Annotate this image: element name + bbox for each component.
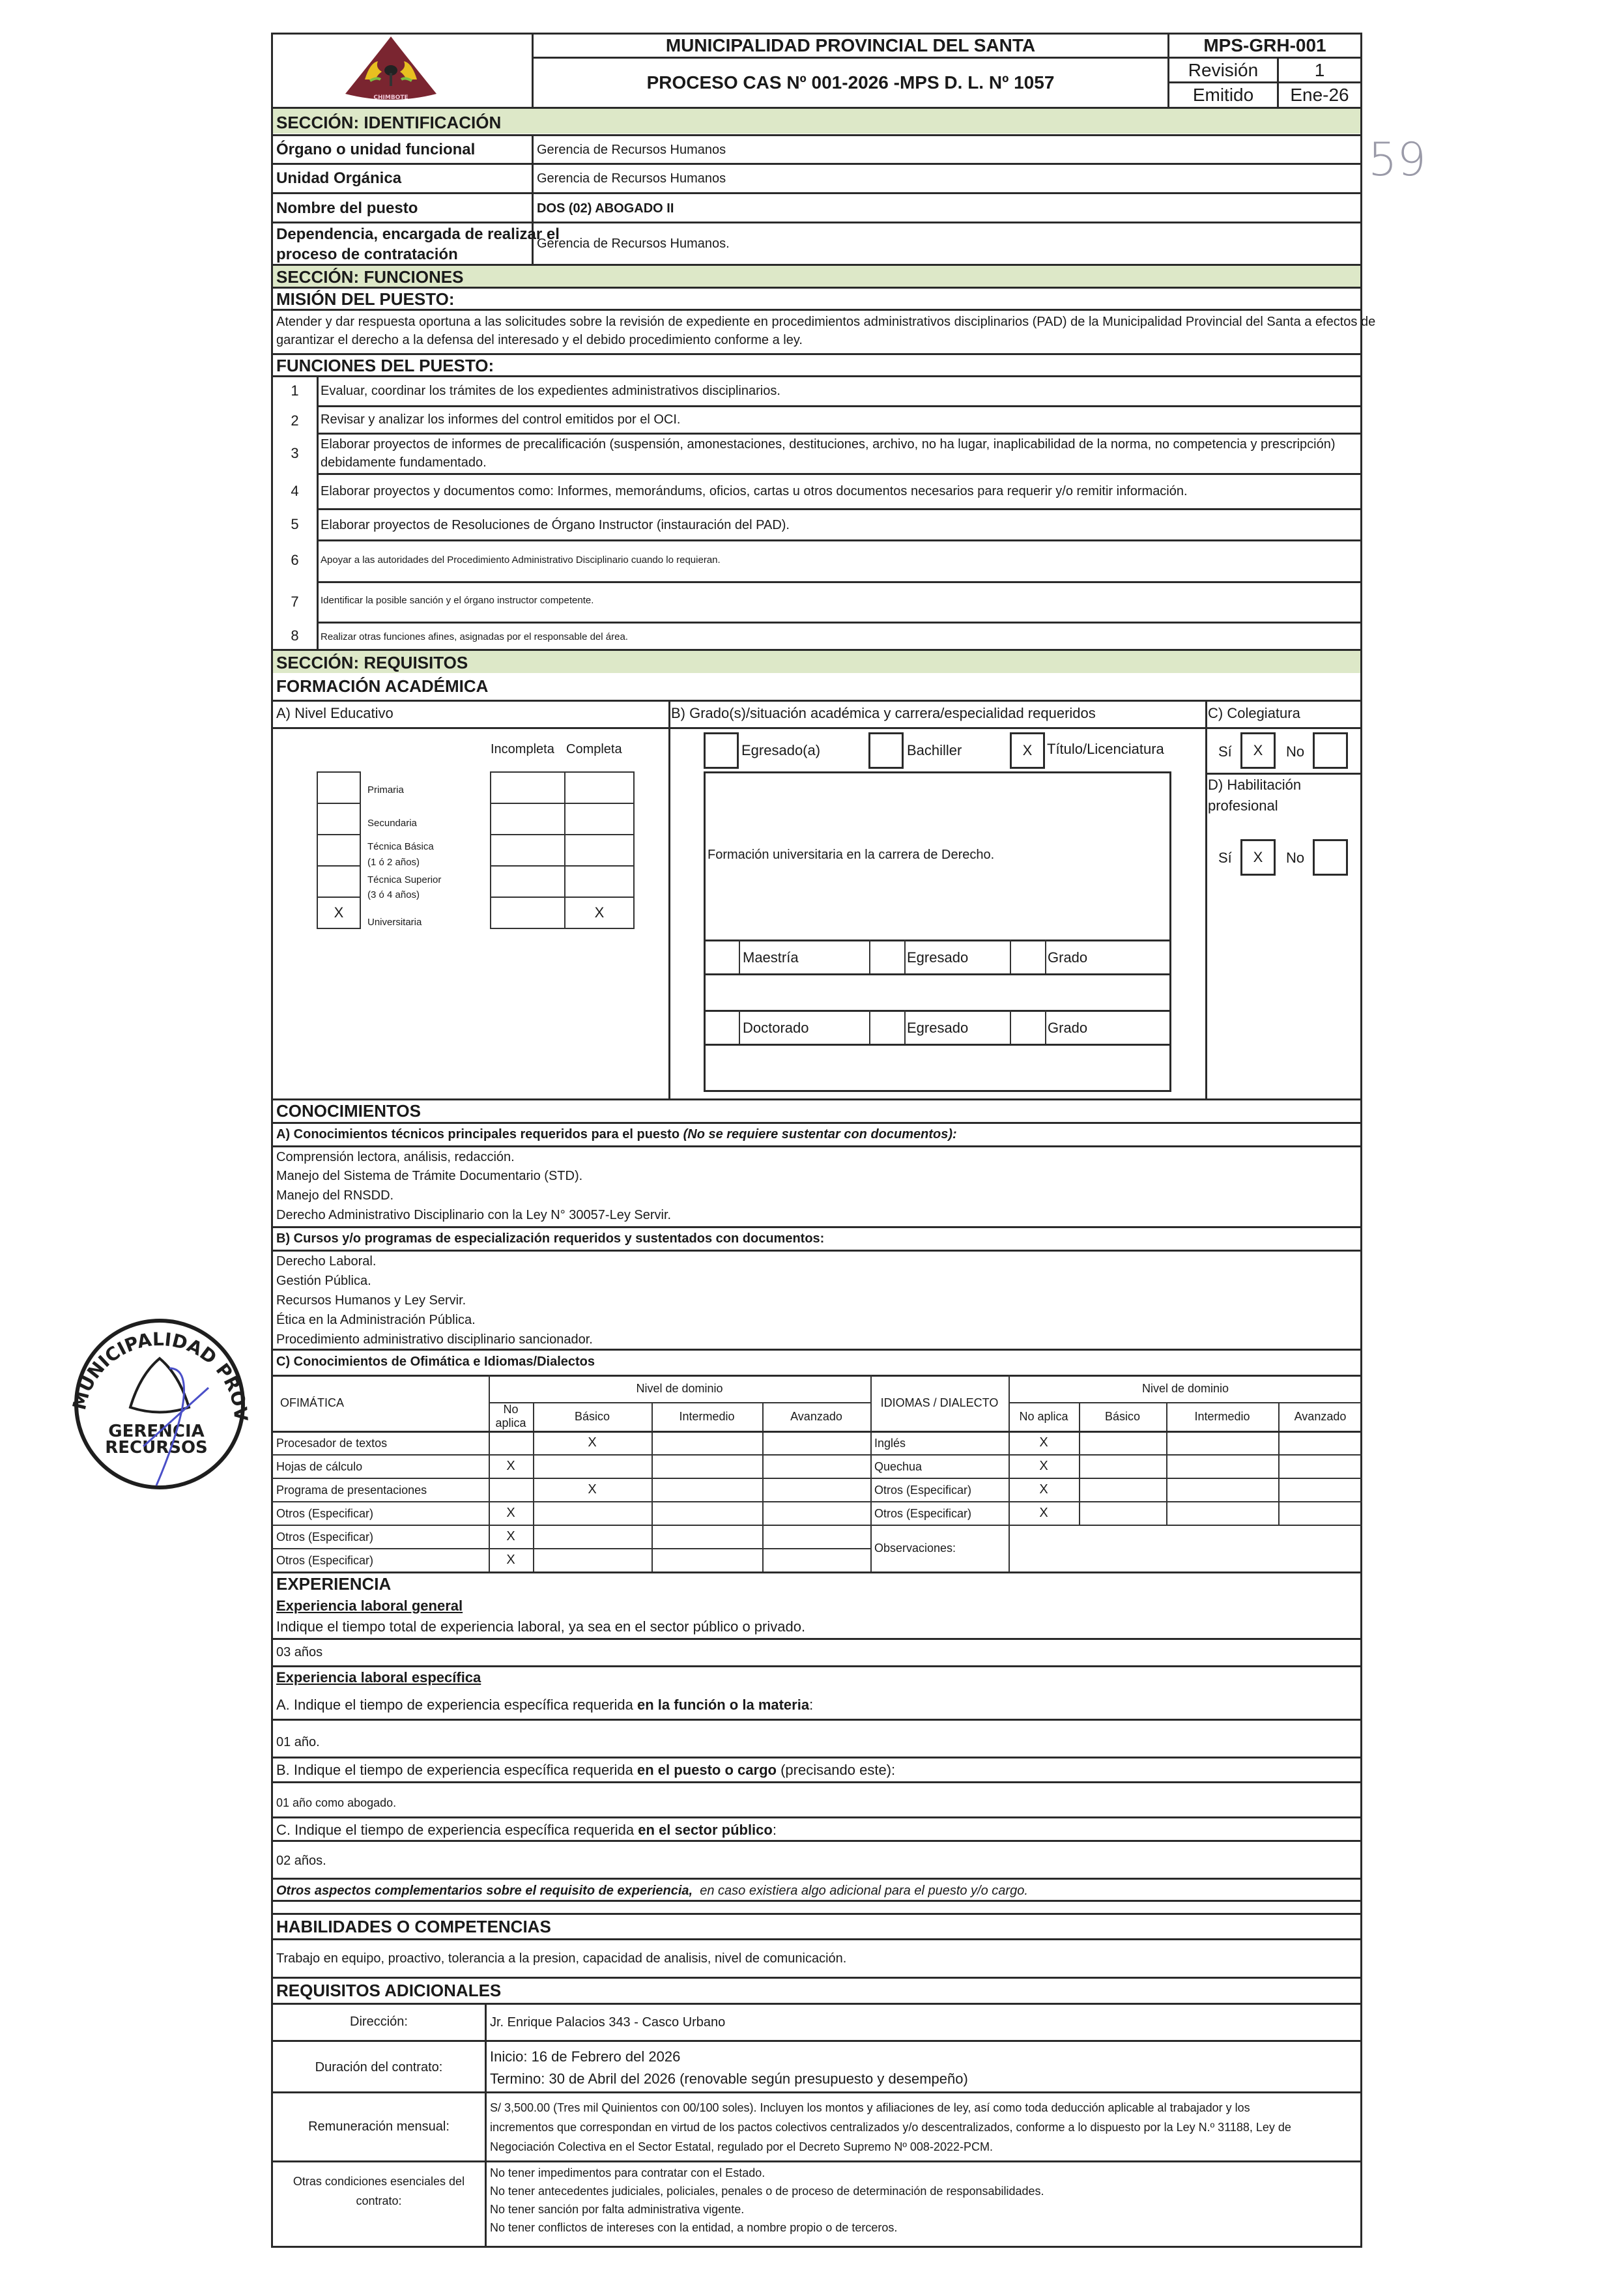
col-incompleta: Incompleta — [491, 743, 554, 756]
idioma-mark-cell[interactable] — [1166, 1431, 1278, 1454]
habilitacion-title-line2: profesional — [1208, 799, 1278, 813]
observaciones-value[interactable] — [1009, 1525, 1362, 1571]
ofimatica-row-label: Otros (Especificar) — [276, 1508, 373, 1519]
section-title-requisitos: SECCIÓN: REQUISITOS — [276, 654, 468, 671]
label-doctorado: Doctorado — [743, 1021, 809, 1035]
mision-title: MISIÓN DEL PUESTO: — [276, 291, 455, 308]
ofimatica-row-label: Procesador de textos — [276, 1437, 387, 1449]
label-titulo: Título/Licenciatura — [1047, 742, 1164, 756]
ofimatica-mark-cell[interactable] — [533, 1525, 651, 1548]
checkbox-titulo[interactable]: X — [1010, 732, 1045, 769]
issued-label: Emitido — [1169, 83, 1277, 107]
cell-universitaria-completa[interactable]: X — [564, 897, 635, 929]
habilidades-title: HABILIDADES O COMPETENCIAS — [276, 1918, 551, 1935]
checkbox-doctorado-egresado[interactable] — [870, 1011, 904, 1044]
ofimatica-row-label: Programa de presentaciones — [276, 1484, 427, 1496]
idioma-row-label: Inglés — [874, 1437, 906, 1449]
ofimatica-mark-cell[interactable] — [533, 1454, 651, 1478]
ofimatica-mark-cell[interactable] — [651, 1548, 762, 1571]
condicion-item: No tener impedimentos para contratar con… — [490, 2167, 765, 2179]
ofimatica-row-label: Hojas de cálculo — [276, 1461, 362, 1472]
conocimiento-item: Manejo del Sistema de Trámite Documentar… — [276, 1170, 582, 1183]
ofimatica-mark-cell[interactable] — [533, 1548, 651, 1571]
idiomas-header: IDIOMAS / DIALECTO — [870, 1375, 1009, 1431]
idioma-row-label: Otros (Especificar) — [874, 1484, 971, 1496]
funcion-number: 7 — [273, 582, 317, 622]
ofimatica-header: OFIMÁTICA — [271, 1375, 410, 1431]
checkbox-primaria[interactable] — [317, 771, 361, 804]
colegiatura-si-label: Sí — [1218, 745, 1232, 759]
experiencia-c-question: C. Indique el tiempo de experiencia espe… — [276, 1823, 777, 1837]
conocimientos-c-title: C) Conocimientos de Ofimática e Idiomas/… — [276, 1355, 595, 1368]
ofimatica-mark-cell[interactable] — [762, 1478, 870, 1501]
label-organo: Órgano o unidad funcional — [276, 142, 475, 158]
grado-title: B) Grado(s)/situación académica y carrer… — [671, 706, 1096, 721]
label-bachiller: Bachiller — [907, 743, 962, 758]
funcion-text: Elaborar proyectos y documentos como: In… — [321, 485, 1188, 498]
duracion-termino: Termino: 30 de Abril del 2026 (renovable… — [490, 2072, 968, 2086]
curso-item: Recursos Humanos y Ley Servir. — [276, 1294, 466, 1307]
label-egresado: Egresado(a) — [741, 743, 820, 758]
section-title-funciones: SECCIÓN: FUNCIONES — [276, 268, 463, 285]
funcion-number: 6 — [273, 541, 317, 580]
label-doctorado-grado: Grado — [1048, 1021, 1087, 1035]
label-doctorado-egresado: Egresado — [907, 1021, 968, 1035]
idioma-mark-cell[interactable] — [1166, 1501, 1278, 1525]
funcion-number: 5 — [273, 509, 317, 539]
funcion-text: Revisar y analizar los informes del cont… — [321, 413, 680, 426]
checkbox-colegiatura-si[interactable]: X — [1240, 732, 1276, 769]
idioma-mark-cell[interactable] — [1278, 1431, 1362, 1454]
experiencia-general-value[interactable]: 03 años — [276, 1646, 322, 1659]
label-dependencia-line1: Dependencia, encargada de realizar el — [276, 227, 560, 242]
checkbox-maestria[interactable] — [706, 941, 739, 973]
official-seal-icon: MUNICIPALIDAD PROVINCIAL DEL SANTA GEREN… — [59, 1297, 254, 1492]
funcion-number: 3 — [273, 434, 317, 473]
idioma-mark-cell[interactable] — [1079, 1431, 1166, 1454]
ofimatica-mark-cell[interactable] — [651, 1478, 762, 1501]
ofimatica-col-header: Básico — [533, 1402, 651, 1431]
checkbox-tecnica-superior[interactable] — [317, 865, 361, 898]
curso-item: Derecho Laboral. — [276, 1255, 376, 1268]
value-organo: Gerencia de Recursos Humanos — [537, 143, 726, 156]
municipality-logo: CHIMBOTE — [339, 34, 443, 106]
label-primaria: Primaria — [367, 785, 404, 795]
adicionales-title: REQUISITOS ADICIONALES — [276, 1982, 501, 1999]
svg-text:CHIMBOTE: CHIMBOTE — [373, 94, 408, 101]
checkbox-egresado[interactable] — [704, 732, 739, 769]
chimbote-crest-icon: CHIMBOTE — [339, 34, 443, 106]
handwritten-page-number: 59 — [1368, 137, 1426, 182]
funcion-number: 8 — [273, 623, 317, 649]
experiencia-a-question: A. Indique el tiempo de experiencia espe… — [276, 1698, 813, 1712]
conocimiento-item: Manejo del RNSDD. — [276, 1189, 394, 1202]
ofimatica-col-header: No aplica — [489, 1402, 533, 1431]
condicion-item: No tener conflictos de intereses con la … — [490, 2222, 897, 2233]
experiencia-general-question: Indique el tiempo total de experiencia l… — [276, 1620, 805, 1634]
experiencia-especifica-title: Experiencia laboral específica — [276, 1671, 481, 1685]
direccion-value: Jr. Enrique Palacios 343 - Casco Urbano — [490, 2016, 725, 2029]
idiomas-col-header: Avanzado — [1278, 1402, 1362, 1431]
curso-item: Procedimiento administrativo disciplinar… — [276, 1333, 593, 1346]
habilidades-value[interactable]: Trabajo en equipo, proactivo, tolerancia… — [276, 1952, 846, 1965]
cell-tecnica-basica-completa[interactable] — [564, 834, 635, 867]
remuneracion-line3: Negociación Colectiva en el Sector Estat… — [490, 2141, 993, 2153]
checkbox-doctorado[interactable] — [706, 1011, 739, 1044]
checkbox-habilitacion-si[interactable]: X — [1240, 839, 1276, 876]
ofimatica-mark-cell[interactable]: X — [533, 1478, 651, 1501]
remuneracion-label: Remuneración mensual: — [273, 2093, 485, 2160]
label-tecnica-basica: Técnica Básica — [367, 842, 434, 852]
idiomas-col-header: Intermedio — [1166, 1402, 1278, 1431]
remuneracion-line1: S/ 3,500.00 (Tres mil Quinientos con 00/… — [490, 2102, 1250, 2114]
ofimatica-mark-cell[interactable] — [533, 1501, 651, 1525]
ofimatica-mark-cell[interactable]: X — [489, 1454, 533, 1478]
formacion-title: FORMACIÓN ACADÉMICA — [276, 678, 488, 695]
funcion-number: 2 — [273, 407, 317, 435]
condicion-item: No tener sanción por falta administrativ… — [490, 2203, 744, 2215]
label-tecnica-superior-years: (3 ó 4 años) — [367, 890, 420, 900]
ofimatica-row-label: Otros (Especificar) — [276, 1531, 373, 1543]
idioma-mark-cell[interactable] — [1278, 1478, 1362, 1501]
funcion-text: Elaborar proyectos de informes de precal… — [321, 438, 1336, 451]
cell-primaria-incompleta[interactable] — [490, 771, 565, 804]
funcion-text-cont: debidamente fundamentado. — [321, 456, 487, 469]
gerencia-rrhh-stamp: MUNICIPALIDAD PROVINCIAL DEL SANTA GEREN… — [59, 1297, 254, 1492]
frame-right — [1360, 33, 1362, 2248]
curso-item: Gestión Pública. — [276, 1274, 371, 1287]
habilitacion-title-line1: D) Habilitación — [1208, 778, 1301, 792]
conocimiento-item: Derecho Administrativo Disciplinario con… — [276, 1209, 671, 1222]
checkbox-bachiller[interactable] — [868, 732, 904, 769]
otras-condiciones-label-line1: Otras condiciones esenciales del — [273, 2174, 485, 2189]
value-unidad-organica: Gerencia de Recursos Humanos — [537, 172, 726, 185]
checkbox-secundaria[interactable] — [317, 803, 361, 835]
conocimientos-b-title: B) Cursos y/o programas de especializaci… — [276, 1232, 824, 1245]
cell-secundaria-incompleta[interactable] — [490, 803, 565, 835]
idiomas-nivel-header: Nivel de dominio — [1009, 1375, 1362, 1402]
ofimatica-mark-cell[interactable] — [762, 1525, 870, 1548]
idioma-mark-cell[interactable] — [1166, 1454, 1278, 1478]
cell-tecnica-basica-incompleta[interactable] — [490, 834, 565, 867]
experiencia-b-question: B. Indique el tiempo de experiencia espe… — [276, 1763, 895, 1777]
label-tecnica-basica-years: (1 ó 2 años) — [367, 857, 420, 867]
idiomas-col-header: Básico — [1079, 1402, 1166, 1431]
label-maestria: Maestría — [743, 951, 799, 965]
cell-tecnica-superior-completa[interactable] — [564, 865, 635, 898]
col-completa: Completa — [566, 743, 622, 756]
ofimatica-mark-cell[interactable] — [762, 1548, 870, 1571]
cell-secundaria-completa[interactable] — [564, 803, 635, 835]
idioma-mark-cell[interactable] — [1166, 1478, 1278, 1501]
funcion-text: Apoyar a las autoridades del Procedimien… — [321, 555, 721, 565]
curso-item: Ética en la Administración Pública. — [276, 1313, 476, 1327]
ofimatica-mark-cell[interactable] — [762, 1431, 870, 1454]
ofimatica-mark-cell[interactable] — [651, 1431, 762, 1454]
direccion-label: Dirección: — [273, 2005, 485, 2039]
checkbox-colegiatura-no[interactable] — [1313, 732, 1348, 769]
value-dependencia: Gerencia de Recursos Humanos. — [537, 237, 730, 250]
idioma-mark-cell[interactable]: X — [1009, 1501, 1079, 1525]
org-name: MUNICIPALIDAD PROVINCIAL DEL SANTA — [534, 34, 1167, 57]
idioma-mark-cell[interactable] — [1079, 1454, 1166, 1478]
nivel-educativo-title: A) Nivel Educativo — [276, 706, 394, 721]
idioma-mark-cell[interactable] — [1278, 1501, 1362, 1525]
label-dependencia-line2: proceso de contratación — [276, 247, 458, 263]
idioma-row-label: Quechua — [874, 1461, 922, 1472]
duracion-inicio: Inicio: 16 de Febrero del 2026 — [490, 2050, 680, 2064]
ofimatica-nivel-header: Nivel de dominio — [489, 1375, 870, 1402]
experiencia-a-value[interactable]: 01 año. — [276, 1736, 320, 1749]
conocimientos-title: CONOCIMIENTOS — [276, 1102, 421, 1119]
ofimatica-mark-cell[interactable] — [762, 1501, 870, 1525]
mision-text-line1: Atender y dar respuesta oportuna a las s… — [276, 315, 1375, 328]
remuneracion-line2: incrementos que correspondan en virtud d… — [490, 2121, 1291, 2133]
mision-text-line2: garantizar el derecho a la defensa del i… — [276, 334, 803, 347]
ofimatica-mark-cell[interactable] — [651, 1454, 762, 1478]
cell-primaria-completa[interactable] — [564, 771, 635, 804]
habilitacion-no-label: No — [1286, 851, 1304, 865]
label-nombre-puesto: Nombre del puesto — [276, 201, 418, 216]
ofimatica-mark-cell[interactable]: X — [489, 1525, 533, 1548]
idiomas-col-header: No aplica — [1009, 1402, 1079, 1431]
colegiatura-no-label: No — [1286, 745, 1304, 759]
checkbox-maestria-grado[interactable] — [1011, 941, 1045, 973]
funciones-title: FUNCIONES DEL PUESTO: — [276, 357, 494, 374]
label-secundaria: Secundaria — [367, 818, 417, 828]
idioma-mark-cell[interactable]: X — [1009, 1454, 1079, 1478]
observaciones-label: Observaciones: — [870, 1525, 1012, 1571]
experiencia-otros-label: Otros aspectos complementarios sobre el … — [276, 1884, 1028, 1897]
ofimatica-row-label: Otros (Especificar) — [276, 1555, 373, 1566]
idioma-mark-cell[interactable] — [1079, 1501, 1166, 1525]
label-maestria-grado: Grado — [1048, 951, 1087, 965]
idioma-mark-cell[interactable]: X — [1009, 1478, 1079, 1501]
ofimatica-mark-cell[interactable] — [489, 1431, 533, 1454]
experiencia-c-value[interactable]: 02 años. — [276, 1854, 326, 1867]
colegiatura-title: C) Colegiatura — [1208, 706, 1300, 721]
process-title: PROCESO CAS Nº 001-2026 -MPS D. L. Nº 10… — [534, 59, 1167, 107]
ofimatica-mark-cell[interactable]: X — [489, 1501, 533, 1525]
checkbox-universitaria[interactable]: X — [317, 897, 361, 929]
idioma-mark-cell[interactable] — [1278, 1454, 1362, 1478]
carrera-text[interactable]: Formación universitaria en la carrera de… — [708, 848, 994, 861]
section-title-identificacion: SECCIÓN: IDENTIFICACIÓN — [276, 114, 501, 131]
checkbox-doctorado-grado[interactable] — [1011, 1011, 1045, 1044]
frame-left — [271, 33, 273, 2248]
experiencia-general-title: Experiencia laboral general — [276, 1599, 463, 1613]
label-unidad-organica: Unidad Orgánica — [276, 171, 401, 186]
condicion-item: No tener antecedentes judiciales, polici… — [490, 2185, 1044, 2197]
label-maestria-egresado: Egresado — [907, 951, 968, 965]
ofimatica-mark-cell[interactable] — [651, 1525, 762, 1548]
checkbox-maestria-egresado[interactable] — [870, 941, 904, 973]
funcion-text: Elaborar proyectos de Resoluciones de Ór… — [321, 519, 790, 532]
document-code: MPS-GRH-001 — [1169, 34, 1360, 57]
duracion-label: Duración del contrato: — [273, 2042, 485, 2093]
experiencia-title: EXPERIENCIA — [276, 1575, 391, 1592]
ofimatica-mark-cell[interactable] — [489, 1478, 533, 1501]
ofimatica-col-header: Avanzado — [762, 1402, 870, 1431]
issued-value: Ene-26 — [1279, 83, 1360, 107]
funcion-text: Realizar otras funciones afines, asignad… — [321, 632, 628, 642]
cell-universitaria-incompleta[interactable] — [490, 897, 565, 929]
svg-text:RECURSOS: RECURSOS — [105, 1438, 208, 1457]
ofimatica-col-header: Intermedio — [651, 1402, 762, 1431]
habilitacion-si-label: Sí — [1218, 851, 1232, 865]
checkbox-habilitacion-no[interactable] — [1313, 839, 1348, 876]
idioma-mark-cell[interactable] — [1079, 1478, 1166, 1501]
funcion-text: Evaluar, coordinar los trámites de los e… — [321, 384, 780, 397]
label-tecnica-superior: Técnica Superior — [367, 875, 441, 885]
cell-tecnica-superior-incompleta[interactable] — [490, 865, 565, 898]
value-nombre-puesto: DOS (02) ABOGADO II — [537, 202, 674, 215]
revision-label: Revisión — [1169, 59, 1277, 82]
idioma-row-label: Otros (Especificar) — [874, 1508, 971, 1519]
conocimientos-a-title: A) Conocimientos técnicos principales re… — [276, 1128, 957, 1141]
frame-bottom — [271, 2246, 1362, 2248]
funcion-text: Identificar la posible sanción y el órga… — [321, 596, 594, 605]
ofimatica-mark-cell[interactable]: X — [533, 1431, 651, 1454]
funcion-number: 4 — [273, 474, 317, 508]
funcion-number: 1 — [273, 377, 317, 405]
idioma-mark-cell[interactable]: X — [1009, 1431, 1079, 1454]
experiencia-b-value[interactable]: 01 año como abogado. — [276, 1797, 396, 1809]
ofimatica-mark-cell[interactable]: X — [489, 1548, 533, 1571]
otras-condiciones-label-line2: contrato: — [273, 2193, 485, 2209]
conocimiento-item: Comprensión lectora, análisis, redacción… — [276, 1151, 515, 1164]
checkbox-tecnica-basica[interactable] — [317, 834, 361, 867]
label-universitaria: Universitaria — [367, 917, 422, 927]
document-page: CHIMBOTE MUNICIPALIDAD PROVINCIAL DEL SA… — [0, 0, 1617, 2296]
ofimatica-mark-cell[interactable] — [762, 1454, 870, 1478]
ofimatica-mark-cell[interactable] — [651, 1501, 762, 1525]
revision-value: 1 — [1279, 59, 1360, 82]
